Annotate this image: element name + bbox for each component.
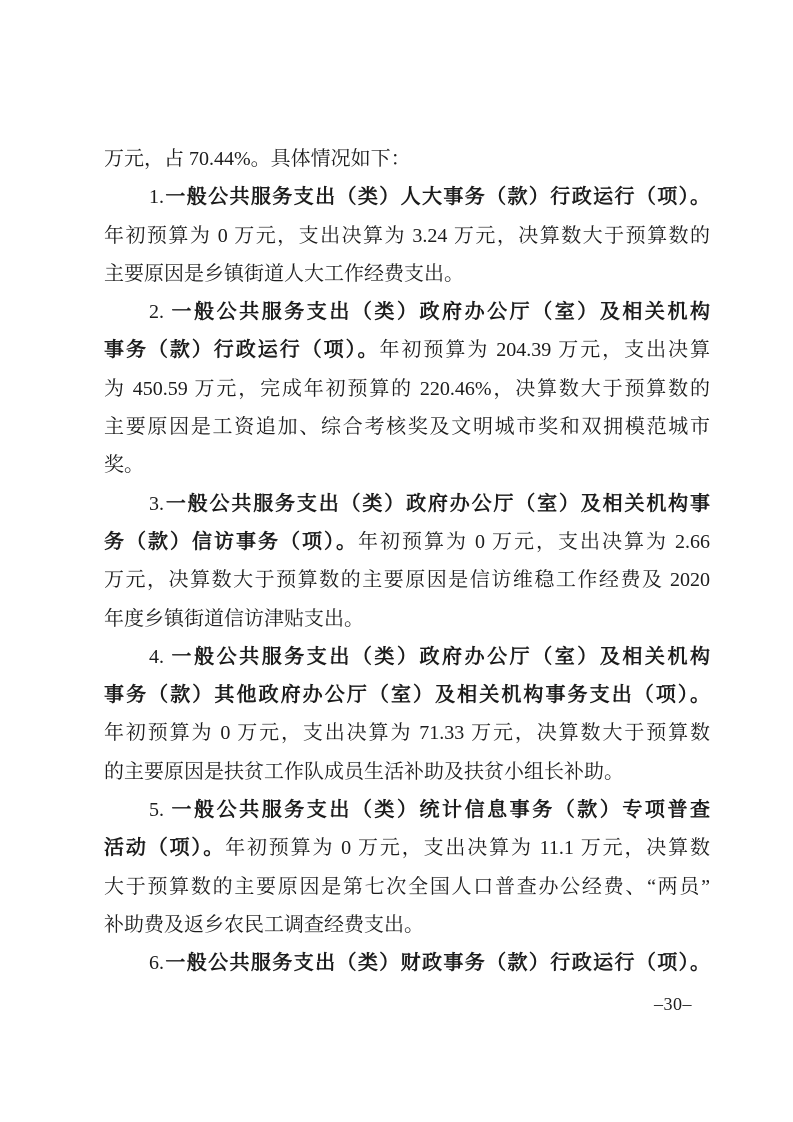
text-line: 1.一般公共服务支出（类）人大事务（款）行政运行（项）。 — [104, 178, 710, 216]
body-text-run: 年初预算为 0 万元，支出决算为 2.66 — [358, 531, 710, 553]
body-text-run: 大于预算数的主要原因是第七次全国人口普查办公经费、“两员” — [104, 876, 710, 898]
body-text-run: 3. — [149, 493, 164, 515]
text-line: 补助费及返乡农民工调查经费支出。 — [104, 906, 710, 944]
text-line: 5. 一般公共服务支出（类）统计信息事务（款）专项普查 — [104, 791, 710, 829]
text-line: 年初预算为 0 万元，支出决算为 3.24 万元，决算数大于预算数的 — [104, 217, 710, 255]
heading-text-run: 一般公共服务支出（类）政府办公厅（室）及相关机构 — [172, 646, 710, 668]
text-line: 的主要原因是扶贫工作队成员生活补助及扶贫小组长补助。 — [104, 753, 710, 791]
heading-text-run: 活动（项）。 — [104, 837, 225, 859]
heading-text-run: 一般公共服务支出（类）财政事务（款）行政运行（项）。 — [164, 952, 710, 974]
text-line: 主要原因是工资追加、综合考核奖及文明城市奖和双拥模范城市 — [104, 408, 710, 446]
body-text-run: 年初预算为 0 万元，支出决算为 11.1 万元，决算数 — [225, 837, 710, 859]
body-text-run: 1. — [149, 186, 164, 208]
text-line: 万元，决算数大于预算数的主要原因是信访维稳工作经费及 2020 — [104, 561, 710, 599]
heading-text-run: 事务（款）其他政府办公厅（室）及相关机构事务支出（项）。 — [104, 684, 710, 706]
body-text-run: 的主要原因是扶贫工作队成员生活补助及扶贫小组长补助。 — [104, 761, 624, 783]
body-text-run: 万元，决算数大于预算数的主要原因是信访维稳工作经费及 2020 — [104, 569, 710, 591]
heading-text-run: 务（款）信访事务（项）。 — [104, 531, 358, 553]
body-text-run: 万元，占 70.44%。具体情况如下： — [104, 148, 411, 170]
heading-text-run: 一般公共服务支出（类）政府办公厅（室）及相关机构事 — [164, 493, 710, 515]
body-text-run: 年初预算为 0 万元，支出决算为 3.24 万元，决算数大于预算数的 — [104, 225, 710, 247]
heading-text-run: 一般公共服务支出（类）统计信息事务（款）专项普查 — [172, 799, 710, 821]
body-text-run: 为 450.59 万元，完成年初预算的 220.46%，决算数大于预算数的 — [104, 378, 710, 400]
document-page: 万元，占 70.44%。具体情况如下：1.一般公共服务支出（类）人大事务（款）行… — [0, 0, 793, 1122]
heading-text-run: 一般公共服务支出（类）人大事务（款）行政运行（项）。 — [164, 186, 710, 208]
text-line: 奖。 — [104, 446, 710, 484]
heading-text-run: 事务（款）行政运行（项）。 — [104, 339, 380, 361]
body-text-run: 年初预算为 204.39 万元，支出决算 — [380, 339, 711, 361]
document-body: 万元，占 70.44%。具体情况如下：1.一般公共服务支出（类）人大事务（款）行… — [104, 140, 710, 983]
body-text-run: 奖。 — [104, 454, 144, 476]
text-line: 大于预算数的主要原因是第七次全国人口普查办公经费、“两员” — [104, 868, 710, 906]
text-line: 2. 一般公共服务支出（类）政府办公厅（室）及相关机构 — [104, 293, 710, 331]
body-text-run: 5. — [149, 799, 172, 821]
body-text-run: 年初预算为 0 万元，支出决算为 71.33 万元，决算数大于预算数 — [104, 722, 710, 744]
text-line: 万元，占 70.44%。具体情况如下： — [104, 140, 710, 178]
body-text-run: 2. — [149, 301, 172, 323]
text-line: 年度乡镇街道信访津贴支出。 — [104, 600, 710, 638]
heading-text-run: 一般公共服务支出（类）政府办公厅（室）及相关机构 — [172, 301, 710, 323]
text-line: 主要原因是乡镇街道人大工作经费支出。 — [104, 255, 710, 293]
text-line: 为 450.59 万元，完成年初预算的 220.46%，决算数大于预算数的 — [104, 370, 710, 408]
page-number: –30– — [654, 994, 692, 1014]
text-line: 事务（款）其他政府办公厅（室）及相关机构事务支出（项）。 — [104, 676, 710, 714]
text-line: 年初预算为 0 万元，支出决算为 71.33 万元，决算数大于预算数 — [104, 714, 710, 752]
body-text-run: 补助费及返乡农民工调查经费支出。 — [104, 914, 424, 936]
body-text-run: 6. — [149, 952, 164, 974]
text-line: 务（款）信访事务（项）。年初预算为 0 万元，支出决算为 2.66 — [104, 523, 710, 561]
body-text-run: 主要原因是工资追加、综合考核奖及文明城市奖和双拥模范城市 — [104, 416, 710, 438]
body-text-run: 年度乡镇街道信访津贴支出。 — [104, 608, 364, 630]
body-text-run: 4. — [149, 646, 172, 668]
text-line: 6.一般公共服务支出（类）财政事务（款）行政运行（项）。 — [104, 944, 710, 982]
text-line: 事务（款）行政运行（项）。年初预算为 204.39 万元，支出决算 — [104, 331, 710, 369]
body-text-run: 主要原因是乡镇街道人大工作经费支出。 — [104, 263, 464, 285]
text-line: 4. 一般公共服务支出（类）政府办公厅（室）及相关机构 — [104, 638, 710, 676]
text-line: 活动（项）。年初预算为 0 万元，支出决算为 11.1 万元，决算数 — [104, 829, 710, 867]
text-line: 3.一般公共服务支出（类）政府办公厅（室）及相关机构事 — [104, 485, 710, 523]
